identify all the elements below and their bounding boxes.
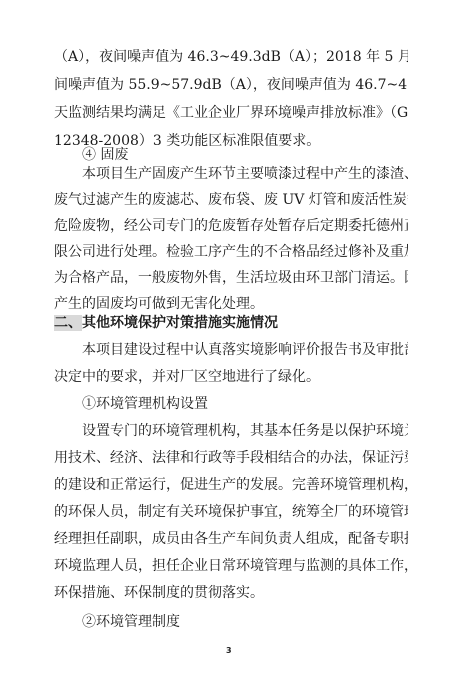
heading-number: 二、 [54, 315, 82, 331]
text-line: 限公司进行处理。检验工序产生的不合格品经过修补及重加工后均作 [54, 243, 408, 261]
subsection-title: ①环境管理机构设置 [82, 395, 408, 413]
text-line: 决定中的要求，并对厂区空地进行了绿化。 [54, 368, 408, 386]
document-page: （A），夜间噪声值为 46.3~49.3dB（A）；2018 年 5 月 19 … [0, 0, 468, 695]
section-heading: 二、其他环境保护对策措施实施情况 [54, 314, 278, 332]
page-number: 3 [226, 646, 232, 655]
text-line: 设置专门的环境管理机构，其基本任务是以保护环境为目标，采 [82, 422, 408, 440]
text-line: 用技术、经济、法律和行政等手段相结合的办法，保证污染治理设施 [54, 449, 408, 467]
text-line: 环境监理人员，担任企业日常环境管理与监测的具体工作，确保各项 [54, 557, 408, 575]
text-line: 本项目建设过程中认真落实境影响评价报告书及审批部门审批 [82, 341, 408, 359]
text-line: 本项目生产固废产生环节主要喷漆过程中产生的漆渣、废油漆桶、 [82, 165, 408, 183]
text-line: （A），夜间噪声值为 46.3~49.3dB（A）；2018 年 5 月 19 … [54, 48, 408, 66]
text-line: 的建设和正常运行，促进生产的发展。完善环境管理机构，设置专门 [54, 476, 408, 494]
text-line: 的环保人员，制定有关环境保护事宜，统筹全厂的环境管理工作，管 [54, 503, 408, 521]
text-line: 产生的固废均可做到无害化处理。 [54, 295, 408, 313]
text-line: 危险废物，经公司专门的危废暂存处暂存后定期委托德州正朔环保有 [54, 217, 408, 235]
subsection-title: ②环境管理制度 [82, 613, 408, 631]
heading-text: 其他环境保护对策措施实施情况 [82, 315, 278, 331]
text-line: 间噪声值为 55.9~57.9dB（A），夜间噪声值为 46.7~48.9dB（… [54, 76, 408, 94]
text-line: 环保措施、环保制度的贯彻落实。 [54, 584, 408, 602]
solid-waste-title: ④ 固废 [82, 146, 408, 164]
text-line: 经理担任副职，成员由各生产车间负责人组成，配备专职技术人员及 [54, 530, 408, 548]
text-line: 废气过滤产生的废滤芯、废布袋、废 UV 灯管和废活性炭等，均属于 [54, 191, 408, 209]
text-line: 天监测结果均满足《工业企业厂界环境噪声排放标准》（GB [54, 104, 408, 122]
text-line: 为合格产品，一般废物外售，生活垃圾由环卫部门清运。因此，项目 [54, 269, 408, 287]
